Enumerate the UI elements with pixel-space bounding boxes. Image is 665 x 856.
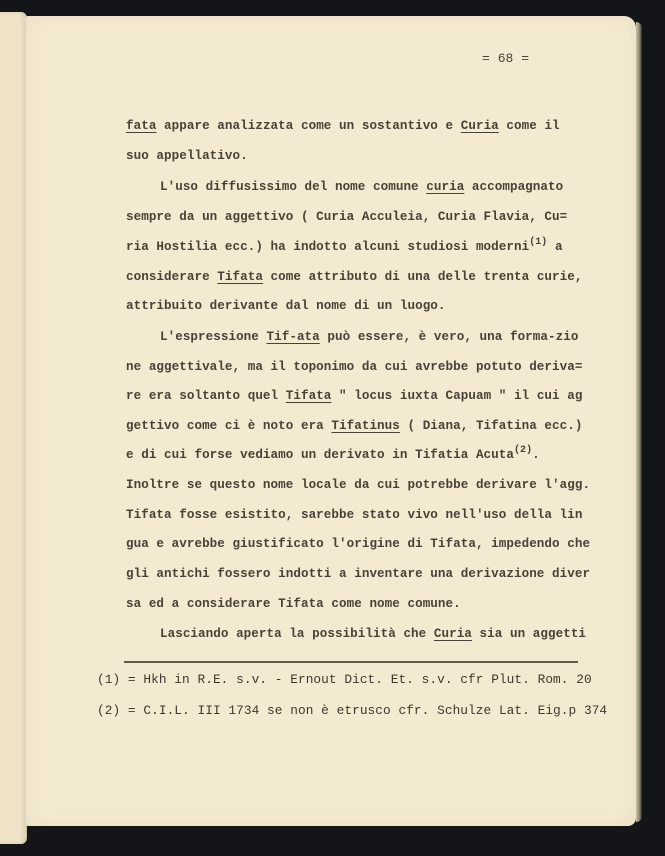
underlined-term: Tif-ata — [267, 330, 320, 344]
underlined-term: fata — [126, 119, 156, 133]
page-stack-edge — [636, 22, 642, 822]
underlined-term: Curia — [461, 119, 499, 133]
body-line-17: sa ed a considerare Tifata come nome com… — [126, 597, 461, 611]
body-line-5: ria Hostilia ecc.) ha indotto alcuni stu… — [126, 240, 563, 254]
footnote-ref-1: (1) — [529, 237, 547, 248]
body-line-16: gli antichi fossero indotti a inventare … — [126, 567, 590, 581]
body-line-4: sempre da un aggettivo ( Curia Acculeia,… — [126, 210, 567, 224]
body-line-13: Inoltre se questo nome locale da cui pot… — [126, 478, 590, 492]
body-line-6: considerare Tifata come attributo di una… — [126, 270, 582, 284]
body-line-9: ne aggettivale, ma il toponimo da cui av… — [126, 360, 582, 374]
body-line-8: L'espressione Tif-ata può essere, è vero… — [160, 330, 578, 344]
footnote-marker: (2) — [97, 703, 120, 718]
page-number: = 68 = — [482, 51, 529, 66]
underlined-term: Tifata — [217, 270, 263, 284]
body-line-1: fata appare analizzata come un sostantiv… — [126, 119, 560, 133]
body-line-2: suo appellativo. — [126, 149, 248, 163]
body-line-3: L'uso diffusissimo del nome comune curia… — [160, 180, 563, 194]
underlined-term: curia — [426, 180, 464, 194]
footnote-2: (2) = C.I.L. III 1734 se non è etrusco c… — [97, 703, 607, 718]
body-line-12: e di cui forse vediamo un derivato in Ti… — [126, 448, 540, 462]
body-line-14: Tifata fosse esistito, sarebbe stato viv… — [126, 508, 582, 522]
footnote-marker: (1) — [97, 672, 120, 687]
facing-page-edge — [0, 12, 27, 844]
underlined-term: Curia — [434, 627, 472, 641]
scanned-page: = 68 = fata appare analizzata come un so… — [0, 0, 665, 856]
footnote-1: (1) = Hkh in R.E. s.v. - Ernout Dict. Et… — [97, 672, 592, 687]
underlined-term: Tifata — [286, 389, 332, 403]
body-line-10: re era soltanto quel Tifata " locus iuxt… — [126, 389, 582, 403]
footnote-divider — [124, 661, 578, 663]
body-line-11: gettivo come ci è noto era Tifatinus ( D… — [126, 419, 582, 433]
body-line-18: Lasciando aperta la possibilità che Curi… — [160, 627, 586, 641]
body-line-15: gua e avrebbe giustificato l'origine di … — [126, 537, 590, 551]
footnote-ref-2: (2) — [514, 445, 532, 456]
underlined-term: Tifatinus — [331, 419, 399, 433]
body-line-7: attribuito derivante dal nome di un luog… — [126, 299, 446, 313]
